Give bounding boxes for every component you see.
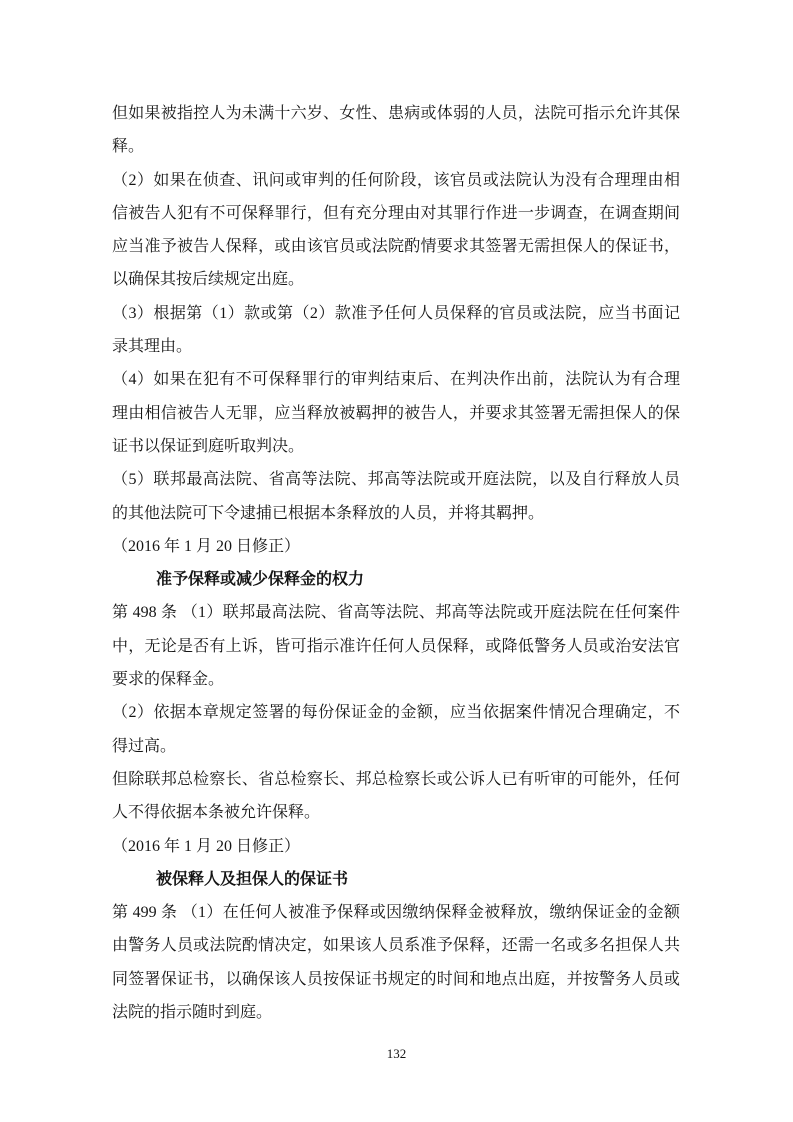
text-line: （2016 年 1 月 20 日修正） bbox=[112, 830, 680, 863]
text-line: 第 498 条 （1）联邦最高法院、省高等法院、邦高等法院或开庭法院在任何案件 bbox=[112, 596, 680, 629]
text-line: 要求的保释金。 bbox=[112, 663, 680, 696]
text-line: （5）联邦最高法院、省高等法院、邦高等法院或开庭法院，以及自行释放人员 bbox=[112, 463, 680, 496]
text-line: 人不得依据本条被允许保释。 bbox=[112, 796, 680, 829]
section-heading: 被保释人及担保人的保证书 bbox=[112, 863, 680, 896]
document-page: 但如果被指控人为未满十六岁、女性、患病或体弱的人员，法院可指示允许其保释。（2）… bbox=[0, 0, 793, 1122]
text-line: 法院的指示随时到庭。 bbox=[112, 996, 680, 1029]
text-line: 以确保其按后续规定出庭。 bbox=[112, 263, 680, 296]
text-line: 第 499 条 （1）在任何人被准予保释或因缴纳保释金被释放，缴纳保证金的金额 bbox=[112, 896, 680, 929]
section-heading: 准予保释或减少保释金的权力 bbox=[112, 563, 680, 596]
page-number: 132 bbox=[0, 1045, 793, 1063]
text-line: 中，无论是否有上诉，皆可指示准许任何人员保释，或降低警务人员或治安法官 bbox=[112, 630, 680, 663]
text-line: 但如果被指控人为未满十六岁、女性、患病或体弱的人员，法院可指示允许其保 bbox=[112, 97, 680, 130]
text-line: 但除联邦总检察长、省总检察长、邦总检察长或公诉人已有听审的可能外，任何 bbox=[112, 763, 680, 796]
text-line: 由警务人员或法院酌情决定，如果该人员系准予保释，还需一名或多名担保人共 bbox=[112, 929, 680, 962]
text-line: （2）如果在侦查、讯问或审判的任何阶段，该官员或法院认为没有合理理由相 bbox=[112, 164, 680, 197]
text-line: 得过高。 bbox=[112, 730, 680, 763]
text-line: 应当准予被告人保释，或由该官员或法院酌情要求其签署无需担保人的保证书， bbox=[112, 230, 680, 263]
text-line: （2016 年 1 月 20 日修正） bbox=[112, 530, 680, 563]
text-line: 释。 bbox=[112, 130, 680, 163]
text-line: （3）根据第（1）款或第（2）款准予任何人员保释的官员或法院，应当书面记 bbox=[112, 297, 680, 330]
text-line: 信被告人犯有不可保释罪行，但有充分理由对其罪行作进一步调查，在调查期间 bbox=[112, 197, 680, 230]
text-line: 录其理由。 bbox=[112, 330, 680, 363]
text-line: 理由相信被告人无罪，应当释放被羁押的被告人，并要求其签署无需担保人的保 bbox=[112, 397, 680, 430]
text-line: 的其他法院可下令逮捕已根据本条释放的人员，并将其羁押。 bbox=[112, 497, 680, 530]
text-line: （4）如果在犯有不可保释罪行的审判结束后、在判决作出前，法院认为有合理 bbox=[112, 363, 680, 396]
document-body: 但如果被指控人为未满十六岁、女性、患病或体弱的人员，法院可指示允许其保释。（2）… bbox=[112, 97, 680, 1029]
text-line: 证书以保证到庭听取判决。 bbox=[112, 430, 680, 463]
text-line: （2）依据本章规定签署的每份保证金的金额，应当依据案件情况合理确定，不 bbox=[112, 696, 680, 729]
text-line: 同签署保证书，以确保该人员按保证书规定的时间和地点出庭，并按警务人员或 bbox=[112, 963, 680, 996]
